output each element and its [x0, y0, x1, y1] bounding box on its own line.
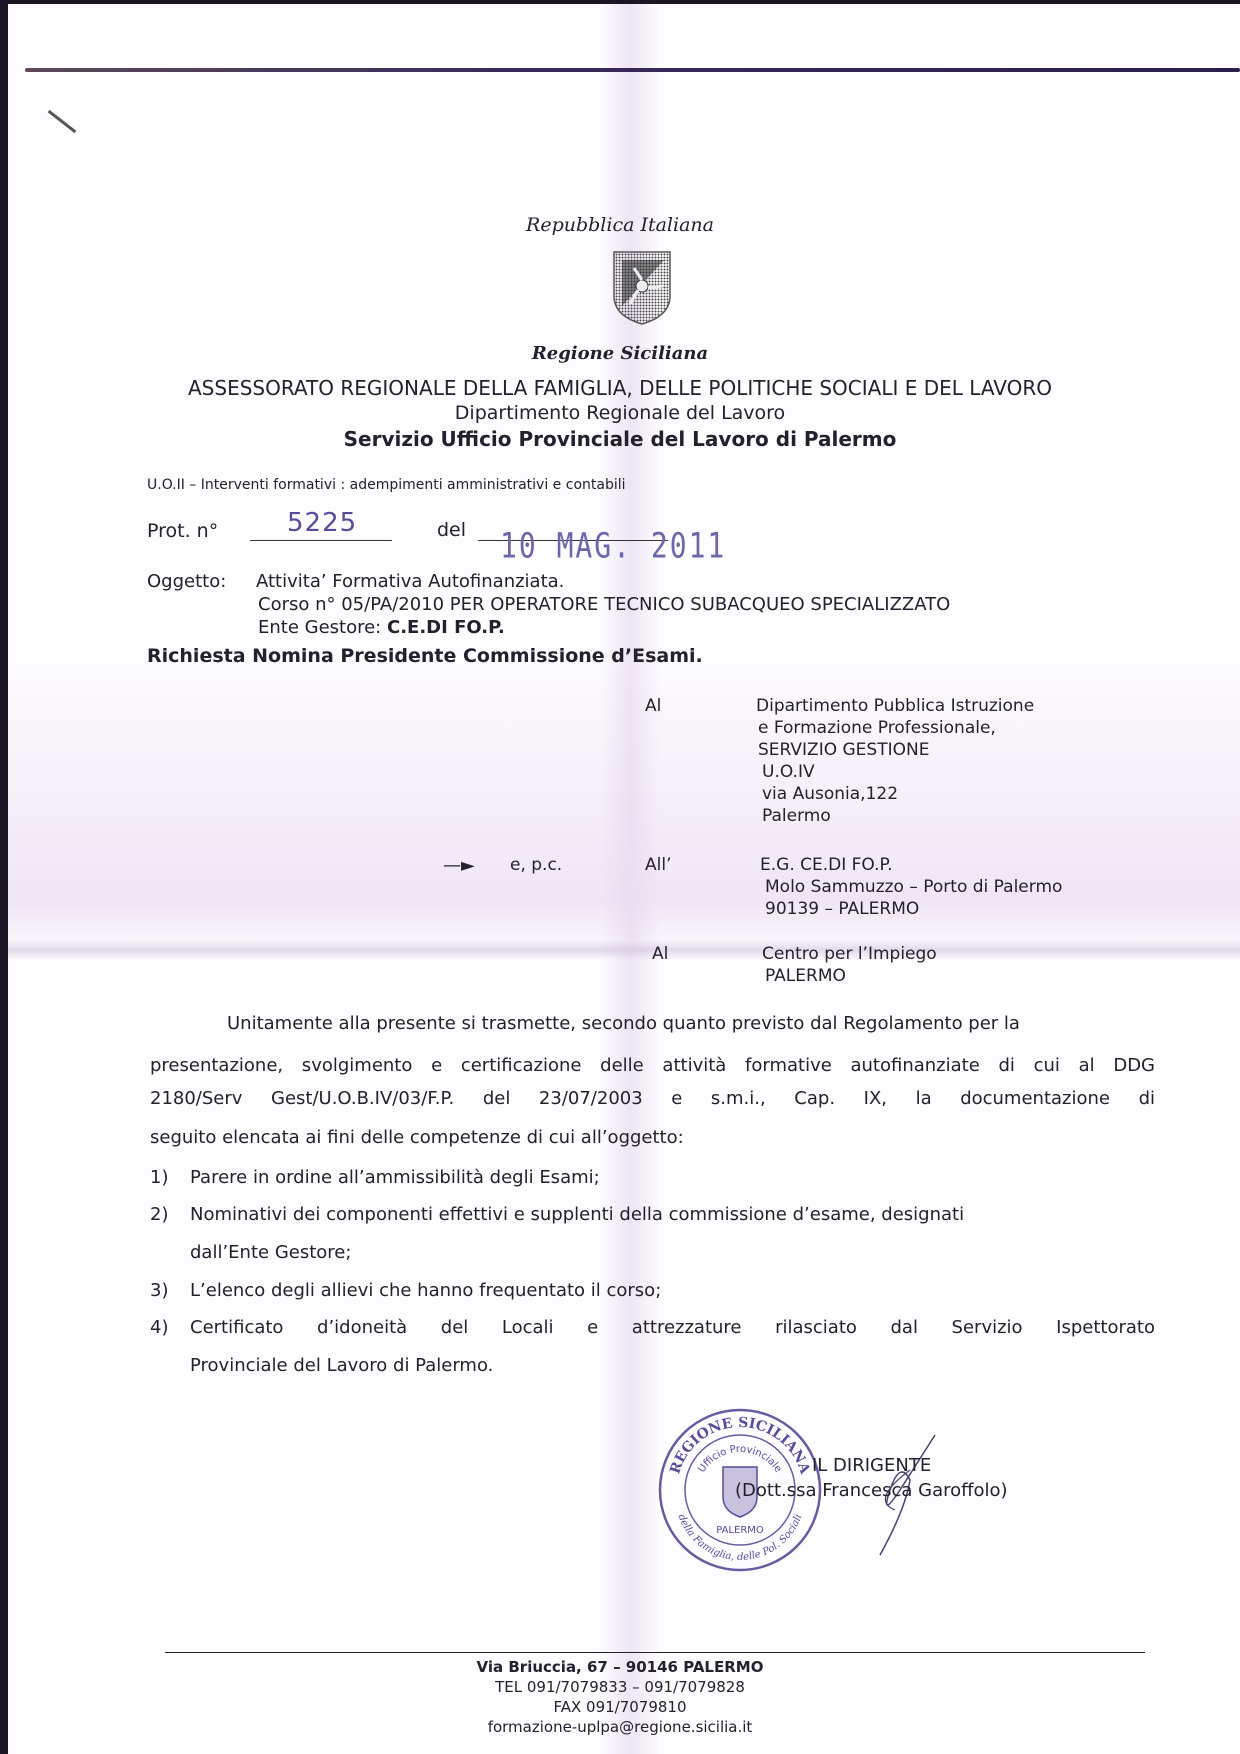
subject-label: Oggetto: — [147, 571, 226, 592]
recipient-3-line: PALERMO — [765, 966, 846, 986]
sicily-crest-icon — [612, 250, 672, 326]
service-heading: Servizio Ufficio Provinciale del Lavoro … — [0, 427, 1240, 451]
footer-address: Via Briuccia, 67 – 90146 PALERMO — [0, 1658, 1240, 1676]
list-number: 3) — [150, 1280, 168, 1301]
footer-phone: TEL 091/7079833 – 091/7079828 — [0, 1678, 1240, 1696]
list-item: Certificato d’idoneità del Locali e attr… — [190, 1317, 1155, 1338]
protocol-number: 5225 — [287, 508, 357, 538]
recipient-1-line: via Ausonia,122 — [762, 784, 898, 804]
body-line: presentazione, svolgimento e certificazi… — [150, 1055, 1155, 1076]
assessorato-heading: ASSESSORATO REGIONALE DELLA FAMIGLIA, DE… — [0, 376, 1240, 400]
recipient-3-prefix: Al — [652, 944, 668, 964]
recipient-2-line: E.G. CE.DI FO.P. — [760, 855, 893, 875]
signatory-title: IL DIRIGENTE — [812, 1455, 931, 1476]
page-edge-line — [25, 68, 1240, 72]
protocol-date-label: del — [437, 519, 466, 541]
body-line: seguito elencata ai fini delle competenz… — [150, 1127, 684, 1148]
recipient-2-line: Molo Sammuzzo – Porto di Palermo — [765, 877, 1062, 897]
subject-line-2: Corso n° 05/PA/2010 PER OPERATORE TECNIC… — [258, 594, 950, 615]
recipient-1-line: SERVIZIO GESTIONE — [758, 740, 929, 760]
recipient-2-line: 90139 – PALERMO — [765, 899, 919, 919]
recipient-3-line: Centro per l’Impiego — [762, 944, 937, 964]
recipient-1-line: U.O.IV — [762, 762, 815, 782]
list-item: Parere in ordine all’ammissibilità degli… — [190, 1167, 600, 1188]
pen-mark — [48, 110, 77, 133]
body-line: 2180/Serv Gest/U.O.B.IV/03/F.P. del 23/0… — [150, 1088, 1155, 1109]
list-number: 4) — [150, 1317, 168, 1338]
arrow-icon: —► — [443, 855, 475, 876]
footer-divider — [165, 1652, 1145, 1653]
date-stamp: 10 MAG. 2011 — [500, 525, 726, 566]
body-line: Unitamente alla presente si trasmette, s… — [227, 1013, 1020, 1034]
list-item: L’elenco degli allievi che hanno frequen… — [190, 1280, 661, 1301]
footer-email: formazione-uplpa@regione.sicilia.it — [0, 1718, 1240, 1736]
recipient-1-line: Palermo — [762, 806, 831, 826]
list-item: Nominativi dei componenti effettivi e su… — [190, 1204, 964, 1225]
svg-text:PALERMO: PALERMO — [716, 1525, 764, 1536]
list-number: 2) — [150, 1204, 168, 1225]
list-item-continued: dall’Ente Gestore; — [190, 1242, 351, 1263]
subject-line-1: Attivita’ Formativa Autofinanziata. — [256, 571, 564, 592]
region-heading: Regione Siciliana — [0, 343, 1240, 364]
protocol-label: Prot. n° — [147, 520, 218, 542]
republic-heading: Repubblica Italiana — [0, 214, 1240, 236]
signatory-name: (Dott.ssa Francesca Garoffolo) — [735, 1480, 1008, 1501]
recipient-2-prefix: All’ — [645, 855, 671, 875]
manager-name: C.E.DI FO.P. — [387, 617, 505, 638]
list-item-continued: Provinciale del Lavoro di Palermo. — [190, 1355, 493, 1376]
subject-request: Richiesta Nomina Presidente Commissione … — [147, 645, 703, 667]
subject-line-3: Ente Gestore: C.E.DI FO.P. — [258, 617, 505, 638]
recipient-1-line: e Formazione Professionale, — [758, 718, 996, 738]
recipient-1-line: Dipartimento Pubblica Istruzione — [756, 696, 1034, 716]
unit-line: U.O.II – Interventi formativi : adempime… — [147, 477, 626, 493]
list-number: 1) — [150, 1167, 168, 1188]
protocol-underline — [250, 540, 392, 541]
paper-fold-horizontal — [0, 940, 1240, 960]
paper-tint — [0, 660, 1240, 960]
footer-fax: FAX 091/7079810 — [0, 1698, 1240, 1716]
manager-label: Ente Gestore: — [258, 617, 387, 638]
recipient-1-prefix: Al — [645, 696, 661, 716]
department-heading: Dipartimento Regionale del Lavoro — [0, 402, 1240, 424]
cc-label: e, p.c. — [510, 855, 562, 875]
